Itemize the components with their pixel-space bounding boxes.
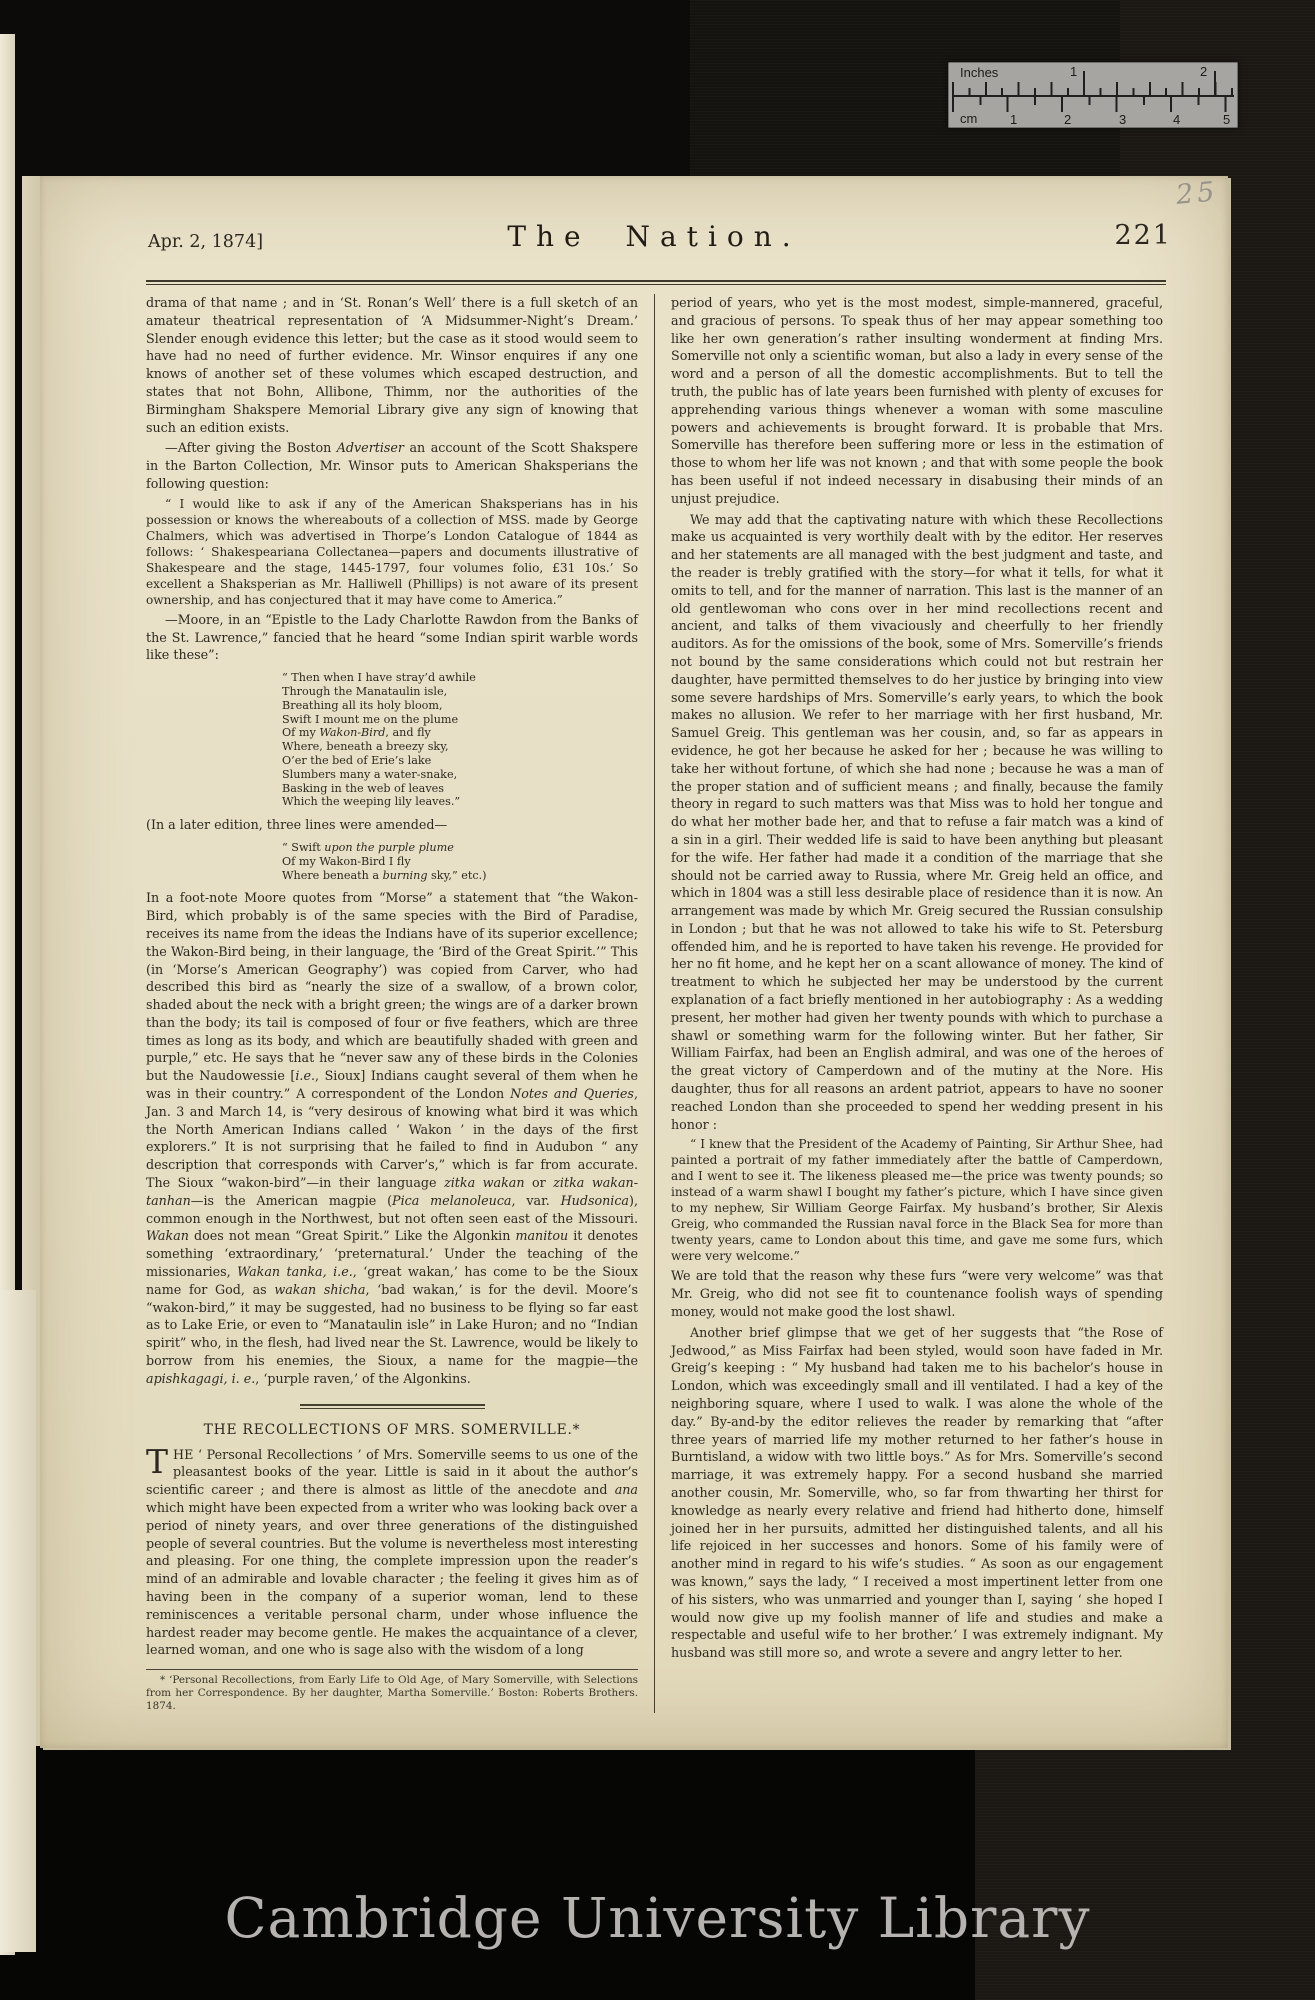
text-run: Breathing all its holy bloom,: [282, 699, 443, 712]
ruler-inches-scale: Inches 1 2: [952, 62, 1234, 97]
text-run: Slumbers many a water-snake,: [282, 768, 457, 781]
italic-text: Hudsonica: [561, 1193, 629, 1208]
verse-line: Through the Manataulin isle,: [282, 685, 638, 699]
header-rule: [146, 280, 1166, 285]
text-run: (In a later edition, three lines were am…: [146, 817, 447, 832]
verse-line: O’er the bed of Erie’s lake: [282, 754, 638, 768]
verse-line: Of my Wakon-Bird I fly: [282, 855, 638, 869]
ruler-inches-label: Inches: [960, 65, 998, 80]
italic-text: burning: [383, 869, 428, 882]
section-divider: [300, 1404, 485, 1409]
text-run: Basking in the web of leaves: [282, 782, 444, 795]
text-columns: drama of that name ; and in ‘St. Ronan’s…: [146, 294, 1166, 1713]
paragraph: We are told that the reason why these fu…: [671, 1267, 1163, 1320]
text-run: Where, beneath a breezy sky,: [282, 740, 449, 753]
footnote: * ‘Personal Recollections, from Early Li…: [146, 1669, 638, 1712]
verse-line: Swift I mount me on the plume: [282, 713, 638, 727]
measurement-ruler: Inches 1 2 cm 1 2 3 4 5: [948, 62, 1238, 128]
quoted-paragraph: “ I knew that the President of the Acade…: [671, 1136, 1163, 1264]
scanned-page: Apr. 2, 1874] The Nation. 221 drama of t…: [40, 176, 1228, 1748]
italic-text: Notes and Queries: [510, 1086, 634, 1101]
text-run: sky,” etc.): [428, 869, 487, 882]
ruler-inch-mark-1: 1: [1070, 64, 1077, 79]
text-run: which might have been expected from a wr…: [146, 1500, 638, 1657]
verse-line: Breathing all its holy bloom,: [282, 699, 638, 713]
italic-text: wakan shicha: [274, 1282, 365, 1297]
text-run: O’er the bed of Erie’s lake: [282, 754, 431, 767]
verse-line: Slumbers many a water-snake,: [282, 768, 638, 782]
text-run: , and fly: [385, 726, 431, 739]
text-run: “ I knew that the President of the Acade…: [671, 1137, 1163, 1263]
text-run: “ I would like to ask if any of the Amer…: [146, 497, 638, 607]
text-run: Of my: [282, 726, 319, 739]
verse-block: “ Swift upon the purple plumeOf my Wakon…: [282, 841, 638, 882]
book-page-edge-bottom: [0, 1290, 36, 1952]
text-run: Where beneath a: [282, 869, 383, 882]
verse-line: “ Then when I have stray’d awhile: [282, 671, 638, 685]
paragraph: (In a later edition, three lines were am…: [146, 816, 638, 834]
page-number: 221: [1114, 220, 1172, 251]
italic-text: Wakan: [146, 1228, 189, 1243]
italic-text: Wakan tanka, i.e.: [237, 1264, 353, 1279]
italic-text: Advertiser: [337, 440, 404, 455]
text-run: drama of that name ; and in ‘St. Ronan’s…: [146, 295, 638, 435]
verse-line: Where beneath a burning sky,” etc.): [282, 869, 638, 883]
text-run: does not mean “Great Spirit.” Like the A…: [189, 1228, 516, 1243]
paragraph: We may add that the captivating nature w…: [671, 511, 1163, 1134]
italic-text: Wakon-Bird: [319, 726, 385, 739]
section-heading: THE RECOLLECTIONS OF MRS. SOMERVILLE.*: [146, 1422, 638, 1438]
verse-line: Of my Wakon-Bird, and fly: [282, 726, 638, 740]
ruler-cm-mark-1: 1: [1010, 112, 1017, 127]
ruler-cm-scale: cm 1 2 3 4 5: [952, 97, 1234, 128]
ruler-cm-mark-3: 3: [1119, 112, 1126, 127]
quoted-paragraph: “ I would like to ask if any of the Amer…: [146, 496, 638, 608]
text-run: —is the American magpie (: [191, 1193, 392, 1208]
paragraph: Another brief glimpse that we get of her…: [671, 1324, 1163, 1662]
italic-text: Pica melanoleuca: [392, 1193, 511, 1208]
text-run: Swift I mount me on the plume: [282, 713, 458, 726]
library-watermark: Cambridge University Library: [0, 1886, 1315, 1950]
text-run: We may add that the captivating nature w…: [671, 512, 1163, 1132]
text-run: * ‘Personal Recollections, from Early Li…: [146, 1674, 638, 1712]
italic-text: ana: [615, 1482, 638, 1497]
ruler-inch-mark-2: 2: [1200, 64, 1207, 79]
paragraph: —After giving the Boston Advertiser an a…: [146, 439, 638, 492]
verse-line: Basking in the web of leaves: [282, 782, 638, 796]
paragraph: In a foot-note Moore quotes from “Morse”…: [146, 889, 638, 1387]
text-run: Which the weeping lily leaves.”: [282, 795, 460, 808]
italic-text: upon the purple plume: [324, 841, 454, 854]
italic-text: manitou: [515, 1228, 568, 1243]
italic-text: apishkagagi, i. e.: [146, 1371, 255, 1386]
ruler-cm-mark-4: 4: [1173, 112, 1180, 127]
ruler-cm-mark-2: 2: [1064, 112, 1071, 127]
column-divider: [654, 294, 655, 1713]
pencil-annotation: 25: [1175, 176, 1220, 211]
verse-line: “ Swift upon the purple plume: [282, 841, 638, 855]
drop-cap: T: [146, 1446, 173, 1476]
verse-line: Where, beneath a breezy sky,: [282, 740, 638, 754]
text-run: “ Then when I have stray’d awhile: [282, 671, 476, 684]
text-run: Another brief glimpse that we get of her…: [671, 1325, 1163, 1660]
verse-block: “ Then when I have stray’d awhileThrough…: [282, 671, 638, 809]
ruler-cm-label: cm: [960, 111, 977, 126]
backing-cloth-bottom: [975, 1746, 1315, 2000]
text-run: Through the Manataulin isle,: [282, 685, 447, 698]
ruler-inch-tick-2: [1214, 71, 1216, 95]
verse-line: Which the weeping lily leaves.”: [282, 795, 638, 809]
text-run: period of years, who yet is the most mod…: [671, 295, 1163, 506]
italic-text: i.e.: [295, 1068, 315, 1083]
text-run: HE ‘ Personal Recollections ’ of Mrs. So…: [146, 1447, 638, 1498]
text-run: Of my Wakon-Bird I fly: [282, 855, 411, 868]
text-run: , ‘purple raven,’ of the Algonkins.: [255, 1371, 471, 1386]
ruler-inch-tick-1: [1083, 71, 1085, 95]
italic-text: zitka wakan: [444, 1175, 524, 1190]
text-run: —Moore, in an “Epistle to the Lady Charl…: [146, 612, 638, 663]
text-run: or: [525, 1175, 554, 1190]
text-run: , var.: [512, 1193, 561, 1208]
text-run: We are told that the reason why these fu…: [671, 1268, 1163, 1319]
left-column: drama of that name ; and in ‘St. Ronan’s…: [146, 294, 638, 1713]
text-run: —After giving the Boston: [165, 440, 337, 455]
ruler-cm-mark-5: 5: [1223, 112, 1230, 127]
paragraph: period of years, who yet is the most mod…: [671, 294, 1163, 508]
paragraph: THE ‘ Personal Recollections ’ of Mrs. S…: [146, 1446, 638, 1660]
background-shadow: [0, 1746, 975, 2000]
paragraph: drama of that name ; and in ‘St. Ronan’s…: [146, 294, 638, 436]
text-run: “ Swift: [282, 841, 324, 854]
right-column: period of years, who yet is the most mod…: [671, 294, 1163, 1713]
text-run: In a foot-note Moore quotes from “Morse”…: [146, 890, 638, 1083]
paragraph: —Moore, in an “Epistle to the Lady Charl…: [146, 611, 638, 664]
masthead-title: The Nation.: [104, 220, 1204, 253]
